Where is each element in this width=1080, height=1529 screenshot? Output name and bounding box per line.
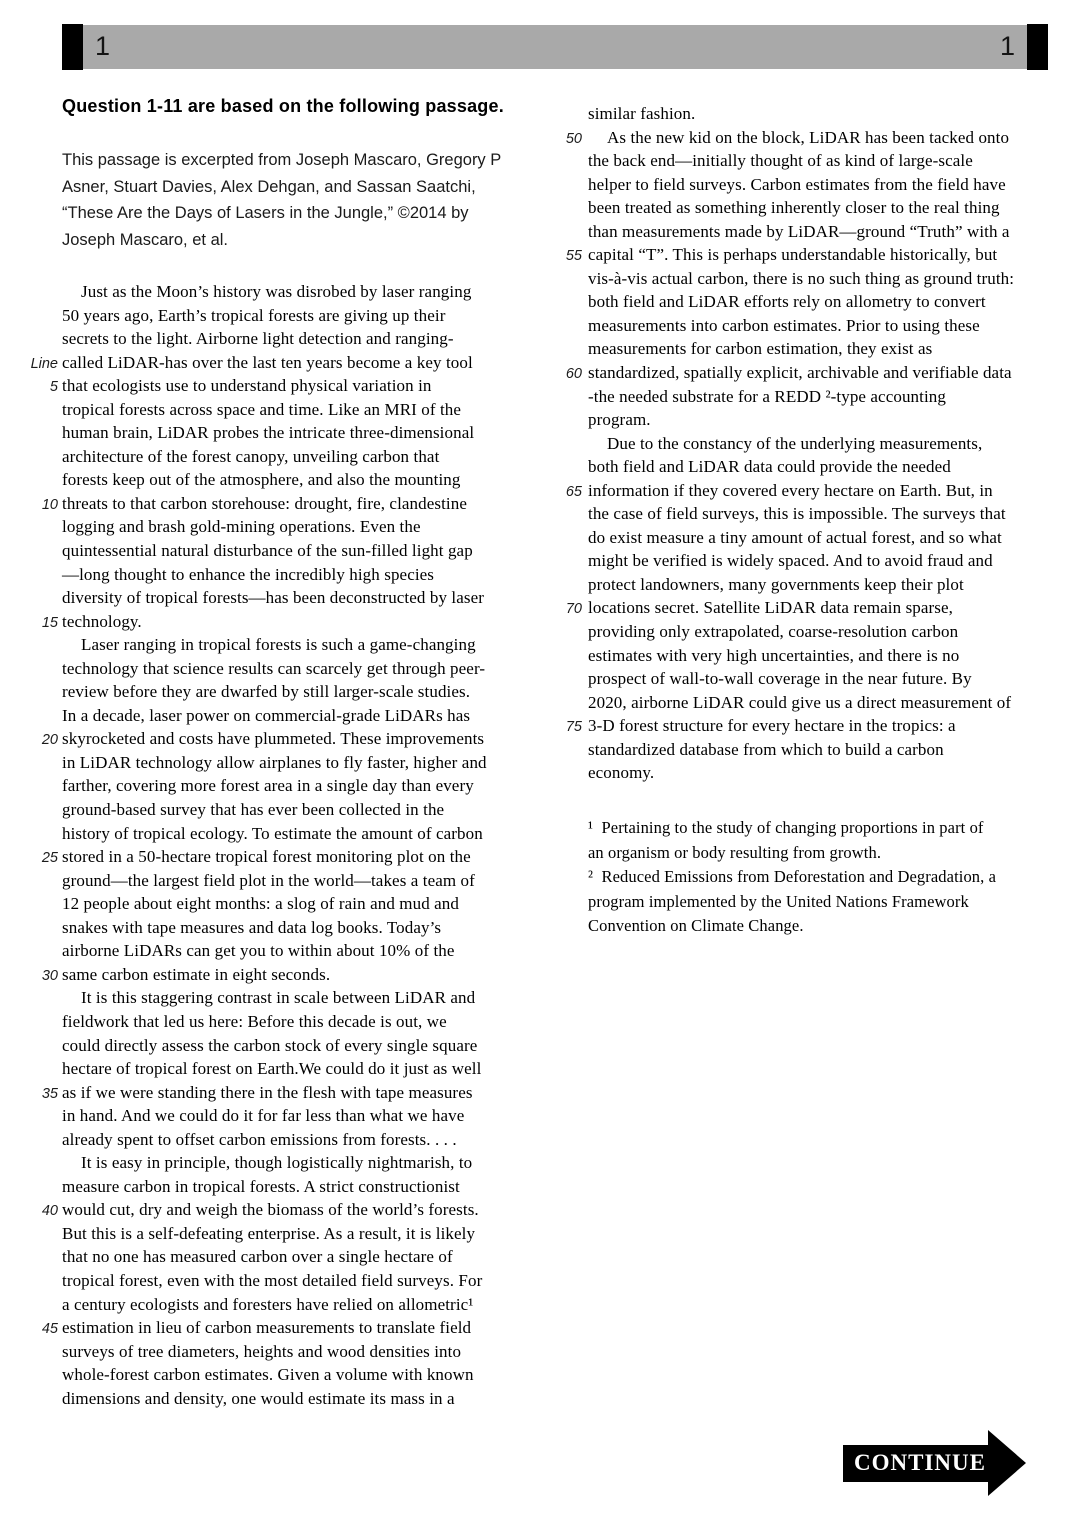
passage-line: logging and brash gold-mining operations… xyxy=(24,517,487,541)
passage-text: technology that science results can scar… xyxy=(62,659,485,679)
passage-line: It is this staggering contrast in scale … xyxy=(24,988,487,1012)
footnote-line: program implemented by the United Nation… xyxy=(588,890,996,915)
passage-text: threats to that carbon storehouse: droug… xyxy=(62,494,467,514)
passage-text: review before they are dwarfed by still … xyxy=(62,682,470,702)
passage-text: surveys of tree diameters, heights and w… xyxy=(62,1342,461,1362)
passage-text: than measurements made by LiDAR—ground “… xyxy=(588,222,1010,242)
passage-line: architecture of the forest canopy, unvei… xyxy=(24,447,487,471)
line-number xyxy=(24,517,58,520)
passage-line: measurements for carbon estimation, they… xyxy=(554,339,1014,363)
passage-line: 65 information if they covered every hec… xyxy=(554,481,1014,505)
line-number xyxy=(24,565,58,568)
passage-text: that ecologists use to understand physic… xyxy=(62,376,432,396)
passage-text: been treated as something inherently clo… xyxy=(588,198,1000,218)
passage-text: program. xyxy=(588,410,651,430)
passage-line: ground-based survey that has ever been c… xyxy=(24,800,487,824)
line-number xyxy=(24,1036,58,1039)
line-number xyxy=(24,824,58,827)
passage-line: program. xyxy=(554,410,1014,434)
line-number xyxy=(24,776,58,779)
page-number-right: 1 xyxy=(1000,31,1015,62)
line-number xyxy=(554,222,582,225)
line-number xyxy=(554,551,582,554)
corner-marker-right xyxy=(1027,24,1048,70)
passage-text: farther, covering more forest area in a … xyxy=(62,776,474,796)
passage-text: ground—the largest field plot in the wor… xyxy=(62,871,475,891)
passage-line: whole-forest carbon estimates. Given a v… xyxy=(24,1365,487,1389)
passage-line: Laser ranging in tropical forests is suc… xyxy=(24,635,487,659)
line-number xyxy=(554,104,582,107)
passage-line: a century ecologists and foresters have … xyxy=(24,1295,487,1319)
passage-line: standardized database from which to buil… xyxy=(554,740,1014,764)
passage-text: information if they covered every hectar… xyxy=(588,481,993,501)
line-number xyxy=(554,622,582,625)
passage-text: diversity of tropical forests—has been d… xyxy=(62,588,484,608)
line-number xyxy=(24,941,58,944)
passage-line: could directly assess the carbon stock o… xyxy=(24,1036,487,1060)
passage-line: tropical forest, even with the most deta… xyxy=(24,1271,487,1295)
footnote-line: ² Reduced Emissions from Deforestation a… xyxy=(588,865,996,890)
line-number: 60 xyxy=(554,363,582,382)
line-number xyxy=(24,871,58,874)
line-number xyxy=(24,400,58,403)
passage-line: prospect of wall-to-wall coverage in the… xyxy=(554,669,1014,693)
passage-line: been treated as something inherently clo… xyxy=(554,198,1014,222)
passage-line: might be verified is widely spaced. And … xyxy=(554,551,1014,575)
line-number xyxy=(554,387,582,390)
passage-text: in LiDAR technology allow airplanes to f… xyxy=(62,753,487,773)
attribution-line: Asner, Stuart Davies, Alex Dehgan, and S… xyxy=(62,174,501,201)
passage-line: diversity of tropical forests—has been d… xyxy=(24,588,487,612)
line-number xyxy=(554,646,582,649)
passage-text: both field and LiDAR data could provide … xyxy=(588,457,951,477)
passage-text: estimation in lieu of carbon measurement… xyxy=(62,1318,471,1338)
passage-text: In a decade, laser power on commercial-g… xyxy=(62,706,470,726)
line-number xyxy=(24,588,58,591)
continue-arrow-icon xyxy=(988,1430,1026,1496)
line-number xyxy=(24,282,58,285)
passage-line: review before they are dwarfed by still … xyxy=(24,682,487,706)
attribution-line: Joseph Mascaro, et al. xyxy=(62,227,501,254)
passage-text: human brain, LiDAR probes the intricate … xyxy=(62,423,474,443)
passage-line: that no one has measured carbon over a s… xyxy=(24,1247,487,1271)
line-number xyxy=(24,1271,58,1274)
line-number: 15 xyxy=(24,612,58,631)
passage-text: in hand. And we could do it for far less… xyxy=(62,1106,464,1126)
passage-line: It is easy in principle, though logistic… xyxy=(24,1153,487,1177)
line-number xyxy=(24,1247,58,1250)
line-number: 40 xyxy=(24,1200,58,1219)
passage-text: might be verified is widely spaced. And … xyxy=(588,551,993,571)
passage-line: 35 as if we were standing there in the f… xyxy=(24,1083,487,1107)
line-number xyxy=(24,541,58,544)
passage-text: Laser ranging in tropical forests is suc… xyxy=(62,635,476,655)
line-number xyxy=(24,659,58,662)
question-range-heading: Question 1-11 are based on the following… xyxy=(62,96,504,117)
line-number xyxy=(24,706,58,709)
passage-text: history of tropical ecology. To estimate… xyxy=(62,824,483,844)
line-number xyxy=(554,740,582,743)
line-number: 30 xyxy=(24,965,58,984)
passage-line: history of tropical ecology. To estimate… xyxy=(24,824,487,848)
passage-text: measure carbon in tropical forests. A st… xyxy=(62,1177,460,1197)
line-number xyxy=(24,470,58,473)
passage-text: that no one has measured carbon over a s… xyxy=(62,1247,453,1267)
passage-text: dimensions and density, one would estima… xyxy=(62,1389,455,1409)
line-number: 25 xyxy=(24,847,58,866)
passage-text: As the new kid on the block, LiDAR has b… xyxy=(588,128,1009,148)
passage-attribution: This passage is excerpted from Joseph Ma… xyxy=(62,147,501,253)
passage-line: 75 3-D forest structure for every hectar… xyxy=(554,716,1014,740)
passage-line: -the needed substrate for a REDD ²-type … xyxy=(554,387,1014,411)
passage-right-column: similar fashion. 50 As the new kid on th… xyxy=(554,104,1014,787)
passage-line: in hand. And we could do it for far less… xyxy=(24,1106,487,1130)
line-number xyxy=(24,306,58,309)
line-number xyxy=(24,753,58,756)
line-number xyxy=(554,339,582,342)
passage-text: estimates with very high uncertainties, … xyxy=(588,646,959,666)
passage-line: measurements into carbon estimates. Prio… xyxy=(554,316,1014,340)
line-number: 10 xyxy=(24,494,58,513)
passage-text: Just as the Moon’s history was disrobed … xyxy=(62,282,471,302)
passage-text: stored in a 50-hectare tropical forest m… xyxy=(62,847,471,867)
passage-line: 30 same carbon estimate in eight seconds… xyxy=(24,965,487,989)
attribution-line: “These Are the Days of Lasers in the Jun… xyxy=(62,200,501,227)
passage-text: both field and LiDAR efforts rely on all… xyxy=(588,292,986,312)
passage-text: airborne LiDARs can get you to within ab… xyxy=(62,941,455,961)
passage-line: helper to field surveys. Carbon estimate… xyxy=(554,175,1014,199)
passage-text: similar fashion. xyxy=(588,104,695,124)
passage-line: airborne LiDARs can get you to within ab… xyxy=(24,941,487,965)
passage-line: 25 stored in a 50-hectare tropical fores… xyxy=(24,847,487,871)
footnote-line: ¹ Pertaining to the study of changing pr… xyxy=(588,816,996,841)
line-number xyxy=(554,763,582,766)
line-number xyxy=(24,918,58,921)
passage-text: already spent to offset carbon emissions… xyxy=(62,1130,457,1150)
passage-line: protect landowners, many governments kee… xyxy=(554,575,1014,599)
passage-text: whole-forest carbon estimates. Given a v… xyxy=(62,1365,474,1385)
passage-text: fieldwork that led us here: Before this … xyxy=(62,1012,447,1032)
footnote-line: Convention on Climate Change. xyxy=(588,914,996,939)
passage-left-column: Just as the Moon’s history was disrobed … xyxy=(24,282,487,1412)
line-number xyxy=(24,1342,58,1345)
passage-line: 45 estimation in lieu of carbon measurem… xyxy=(24,1318,487,1342)
line-number: 35 xyxy=(24,1083,58,1102)
line-number xyxy=(554,410,582,413)
line-number xyxy=(24,1106,58,1109)
line-number xyxy=(24,1059,58,1062)
passage-text: could directly assess the carbon stock o… xyxy=(62,1036,477,1056)
passage-line: —long thought to enhance the incredibly … xyxy=(24,565,487,589)
passage-text: -the needed substrate for a REDD ²-type … xyxy=(588,387,946,407)
passage-text: measurements into carbon estimates. Prio… xyxy=(588,316,980,336)
passage-text: providing only extrapolated, coarse-reso… xyxy=(588,622,958,642)
passage-text: technology. xyxy=(62,612,142,632)
line-number xyxy=(554,434,582,437)
passage-line: secrets to the light. Airborne light det… xyxy=(24,329,487,353)
passage-line: In a decade, laser power on commercial-g… xyxy=(24,706,487,730)
line-number: 55 xyxy=(554,245,582,264)
passage-text: ground-based survey that has ever been c… xyxy=(62,800,444,820)
line-number xyxy=(554,198,582,201)
corner-marker-left xyxy=(62,24,83,70)
passage-line: But this is a self-defeating enterprise.… xyxy=(24,1224,487,1248)
passage-line: 50 As the new kid on the block, LiDAR ha… xyxy=(554,128,1014,152)
line-number: 5 xyxy=(24,376,58,395)
page-number-left: 1 xyxy=(95,31,110,62)
passage-line: tropical forests across space and time. … xyxy=(24,400,487,424)
line-number: 45 xyxy=(24,1318,58,1337)
passage-text: capital “T”. This is perhaps understanda… xyxy=(588,245,997,265)
line-number xyxy=(24,1365,58,1368)
passage-line: fieldwork that led us here: Before this … xyxy=(24,1012,487,1036)
line-number xyxy=(554,575,582,578)
passage-line: dimensions and density, one would estima… xyxy=(24,1389,487,1413)
passage-line: Just as the Moon’s history was disrobed … xyxy=(24,282,487,306)
passage-line: economy. xyxy=(554,763,1014,787)
line-number xyxy=(554,316,582,319)
passage-text: would cut, dry and weigh the biomass of … xyxy=(62,1200,479,1220)
line-number xyxy=(554,175,582,178)
passage-line: human brain, LiDAR probes the intricate … xyxy=(24,423,487,447)
line-number xyxy=(24,1130,58,1133)
passage-text: skyrocketed and costs have plummeted. Th… xyxy=(62,729,484,749)
line-number xyxy=(554,151,582,154)
passage-text: 50 years ago, Earth’s tropical forests a… xyxy=(62,306,445,326)
passage-line: providing only extrapolated, coarse-reso… xyxy=(554,622,1014,646)
line-number xyxy=(24,1012,58,1015)
passage-line: both field and LiDAR data could provide … xyxy=(554,457,1014,481)
passage-text: logging and brash gold-mining operations… xyxy=(62,517,421,537)
line-number xyxy=(24,988,58,991)
passage-text: forests keep out of the atmosphere, and … xyxy=(62,470,461,490)
line-number xyxy=(554,504,582,507)
passage-text: snakes with tape measures and data log b… xyxy=(62,918,441,938)
passage-text: Due to the constancy of the underlying m… xyxy=(588,434,982,454)
passage-line: 60 standardized, spatially explicit, arc… xyxy=(554,363,1014,387)
passage-text: vis-à-vis actual carbon, there is no suc… xyxy=(588,269,1014,289)
line-number xyxy=(24,800,58,803)
passage-text: economy. xyxy=(588,763,654,783)
passage-line: technology that science results can scar… xyxy=(24,659,487,683)
line-number xyxy=(24,447,58,450)
passage-text: 3-D forest structure for every hectare i… xyxy=(588,716,956,736)
continue-label: CONTINUE xyxy=(843,1445,988,1482)
passage-line: Due to the constancy of the underlying m… xyxy=(554,434,1014,458)
line-number xyxy=(24,682,58,685)
passage-line: estimates with very high uncertainties, … xyxy=(554,646,1014,670)
passage-text: But this is a self-defeating enterprise.… xyxy=(62,1224,475,1244)
passage-line: the case of field surveys, this is impos… xyxy=(554,504,1014,528)
passage-text: 12 people about eight months: a slog of … xyxy=(62,894,459,914)
passage-text: quintessential natural disturbance of th… xyxy=(62,541,473,561)
passage-text: a century ecologists and foresters have … xyxy=(62,1295,474,1315)
line-number xyxy=(24,329,58,332)
line-number: 50 xyxy=(554,128,582,147)
line-number xyxy=(554,693,582,696)
passage-text: tropical forest, even with the most deta… xyxy=(62,1271,482,1291)
passage-text: 2020, airborne LiDAR could give us a dir… xyxy=(588,693,1011,713)
passage-text: It is easy in principle, though logistic… xyxy=(62,1153,472,1173)
attribution-line: This passage is excerpted from Joseph Ma… xyxy=(62,147,501,174)
line-number xyxy=(554,292,582,295)
passage-line: in LiDAR technology allow airplanes to f… xyxy=(24,753,487,777)
continue-button[interactable]: CONTINUE xyxy=(843,1430,1026,1496)
passage-text: secrets to the light. Airborne light det… xyxy=(62,329,454,349)
passage-text: tropical forests across space and time. … xyxy=(62,400,461,420)
passage-line: quintessential natural disturbance of th… xyxy=(24,541,487,565)
section-header-bar: 1 1 xyxy=(62,25,1048,69)
passage-line: 15 technology. xyxy=(24,612,487,636)
passage-text: protect landowners, many governments kee… xyxy=(588,575,964,595)
line-number: 20 xyxy=(24,729,58,748)
passage-text: locations secret. Satellite LiDAR data r… xyxy=(588,598,953,618)
line-number xyxy=(554,457,582,460)
passage-line: farther, covering more forest area in a … xyxy=(24,776,487,800)
passage-line: forests keep out of the atmosphere, and … xyxy=(24,470,487,494)
line-number xyxy=(554,269,582,272)
passage-line: 55 capital “T”. This is perhaps understa… xyxy=(554,245,1014,269)
line-number xyxy=(24,1295,58,1298)
passage-text: same carbon estimate in eight seconds. xyxy=(62,965,330,985)
passage-text: do exist measure a tiny amount of actual… xyxy=(588,528,1002,548)
line-number: 65 xyxy=(554,481,582,500)
line-number: 75 xyxy=(554,716,582,735)
passage-line: surveys of tree diameters, heights and w… xyxy=(24,1342,487,1366)
line-number xyxy=(24,1224,58,1227)
line-number xyxy=(554,669,582,672)
passage-line: do exist measure a tiny amount of actual… xyxy=(554,528,1014,552)
passage-text: prospect of wall-to-wall coverage in the… xyxy=(588,669,972,689)
passage-text: measurements for carbon estimation, they… xyxy=(588,339,932,359)
footnote-line: an organism or body resulting from growt… xyxy=(588,841,996,866)
passage-text: standardized, spatially explicit, archiv… xyxy=(588,363,1012,383)
line-number xyxy=(24,894,58,897)
passage-line: 50 years ago, Earth’s tropical forests a… xyxy=(24,306,487,330)
passage-line: 70 locations secret. Satellite LiDAR dat… xyxy=(554,598,1014,622)
line-number xyxy=(24,1177,58,1180)
passage-line: already spent to offset carbon emissions… xyxy=(24,1130,487,1154)
passage-line: 40 would cut, dry and weigh the biomass … xyxy=(24,1200,487,1224)
line-number xyxy=(554,528,582,531)
passage-text: architecture of the forest canopy, unvei… xyxy=(62,447,439,467)
passage-line: than measurements made by LiDAR—ground “… xyxy=(554,222,1014,246)
passage-line: 2020, airborne LiDAR could give us a dir… xyxy=(554,693,1014,717)
passage-line: ground—the largest field plot in the wor… xyxy=(24,871,487,895)
passage-line: measure carbon in tropical forests. A st… xyxy=(24,1177,487,1201)
passage-line: similar fashion. xyxy=(554,104,1014,128)
line-number: Line xyxy=(24,353,58,372)
passage-text: the back end—initially thought of as kin… xyxy=(588,151,973,171)
line-number xyxy=(24,1389,58,1392)
passage-footnotes: ¹ Pertaining to the study of changing pr… xyxy=(588,816,996,939)
passage-line: vis-à-vis actual carbon, there is no suc… xyxy=(554,269,1014,293)
passage-text: the case of field surveys, this is impos… xyxy=(588,504,1006,524)
passage-line: 5 that ecologists use to understand phys… xyxy=(24,376,487,400)
passage-line: Line called LiDAR-has over the last ten … xyxy=(24,353,487,377)
passage-text: It is this staggering contrast in scale … xyxy=(62,988,475,1008)
passage-text: as if we were standing there in the fles… xyxy=(62,1083,473,1103)
line-number xyxy=(24,423,58,426)
passage-line: both field and LiDAR efforts rely on all… xyxy=(554,292,1014,316)
passage-line: 12 people about eight months: a slog of … xyxy=(24,894,487,918)
passage-text: standardized database from which to buil… xyxy=(588,740,944,760)
passage-line: snakes with tape measures and data log b… xyxy=(24,918,487,942)
line-number: 70 xyxy=(554,598,582,617)
passage-line: the back end—initially thought of as kin… xyxy=(554,151,1014,175)
line-number xyxy=(24,1153,58,1156)
passage-text: hectare of tropical forest on Earth.We c… xyxy=(62,1059,481,1079)
passage-text: —long thought to enhance the incredibly … xyxy=(62,565,434,585)
passage-text: called LiDAR-has over the last ten years… xyxy=(62,353,473,373)
passage-line: 10 threats to that carbon storehouse: dr… xyxy=(24,494,487,518)
passage-line: 20 skyrocketed and costs have plummeted.… xyxy=(24,729,487,753)
passage-text: helper to field surveys. Carbon estimate… xyxy=(588,175,1006,195)
line-number xyxy=(24,635,58,638)
passage-line: hectare of tropical forest on Earth.We c… xyxy=(24,1059,487,1083)
